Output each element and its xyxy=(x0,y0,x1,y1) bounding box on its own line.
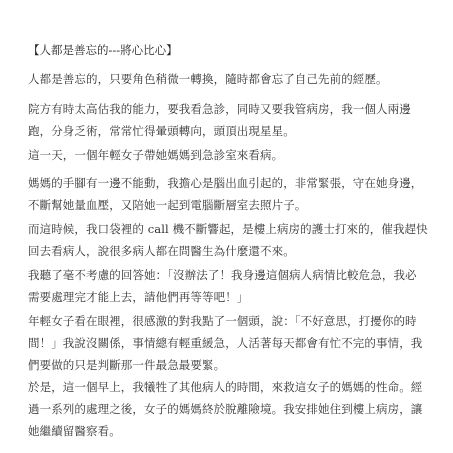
paragraph-6: 我聽了毫不考慮的回答她：「沒辦法了！我身邊這個病人病情比較危急，我必需要處理完才… xyxy=(28,264,428,308)
document-title: 【人都是善忘的---將心比心】 xyxy=(28,42,178,58)
paragraph-3: 這一天，一個年輕女子帶她媽媽到急診室來看病。 xyxy=(28,144,428,166)
paragraph-5: 而這時候，我口袋裡的 call 機不斷響起，是樓上病房的護士打來的，催我趕快回去… xyxy=(28,218,428,262)
paragraph-1: 人都是善忘的，只要角色稍微一轉換，隨時都會忘了自己先前的經歷。 xyxy=(28,68,428,90)
paragraph-4: 媽媽的手腳有一邊不能動，我擔心是腦出血引起的，非常緊張，守在她身邊，不斷幫她量血… xyxy=(28,172,428,216)
paragraph-2: 院方有時太高估我的能力，要我看急診，同時又要我管病房，我一個人兩邊跑，分身乏術，… xyxy=(28,98,428,142)
paragraph-7: 年輕女子看在眼裡，很感激的對我點了一個頭，說：「不好意思，打擾你的時間！」我說沒… xyxy=(28,310,428,376)
paragraph-8: 於是，這一個早上，我犧牲了其他病人的時間，來救這女子的媽媽的性命。經過一系列的處… xyxy=(28,376,428,442)
